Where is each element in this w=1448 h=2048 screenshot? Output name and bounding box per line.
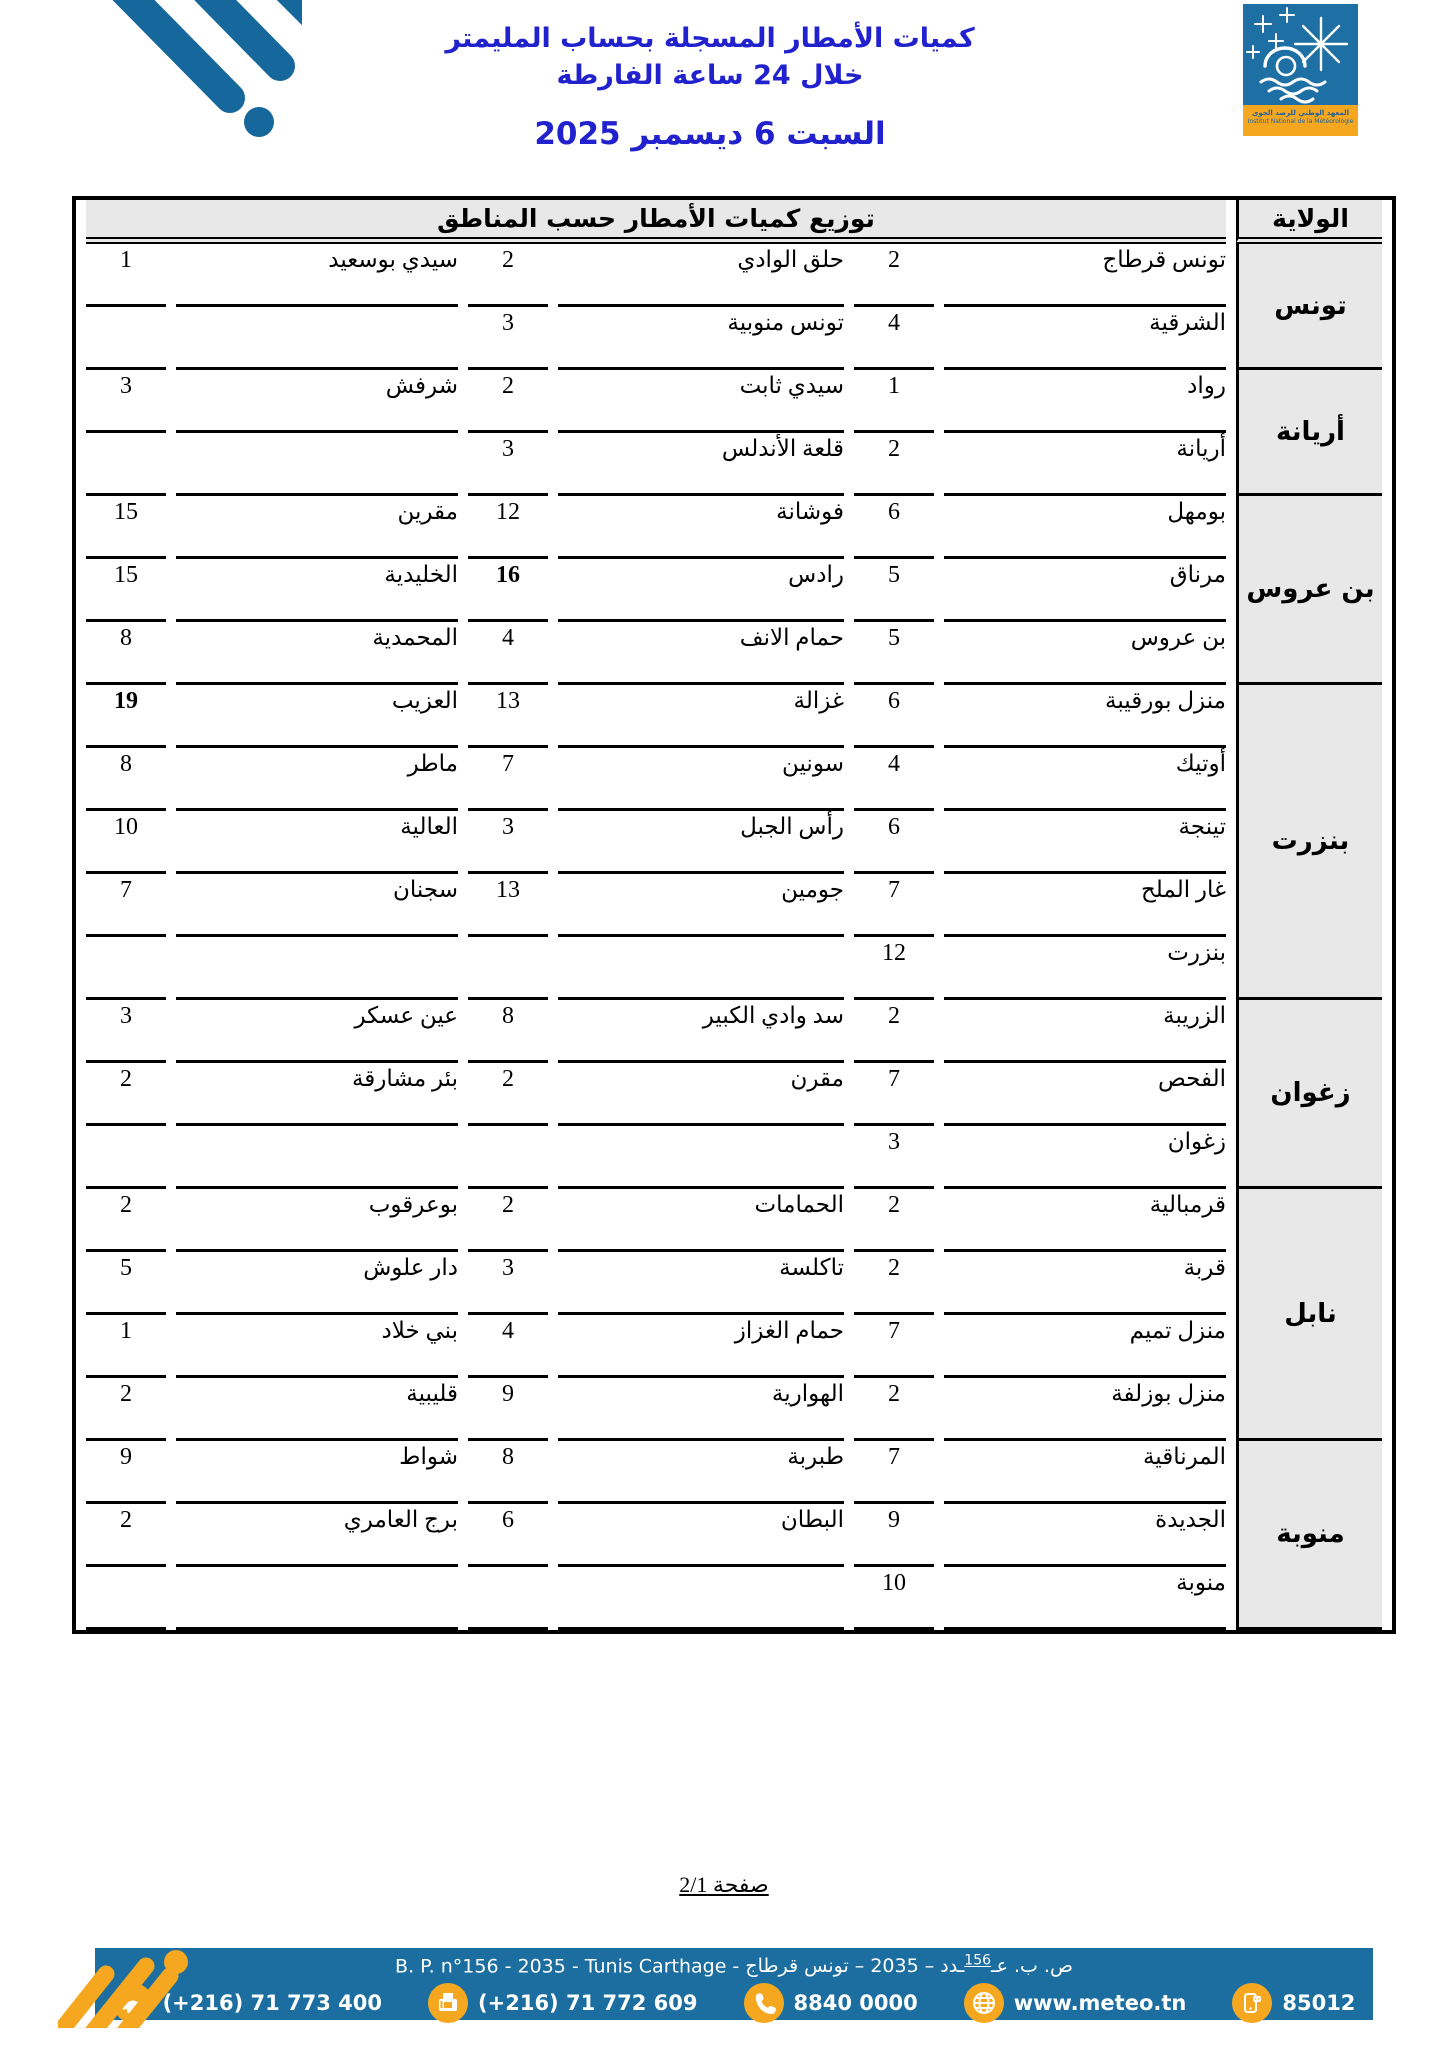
page-number: صفحة 2/1	[0, 1872, 1448, 1898]
rainfall-value: 2	[854, 1378, 934, 1441]
rainfall-table: الولاية توزيع كميات الأمطار حسب المناطق …	[72, 196, 1396, 1634]
station-name: العالية	[176, 811, 458, 874]
rainfall-value: 3	[86, 370, 166, 433]
station-name	[176, 1126, 458, 1189]
rainfall-value	[86, 433, 166, 496]
station-name: غار الملح	[944, 874, 1226, 937]
rainfall-value: 7	[854, 1441, 934, 1504]
rainfall-value: 10	[854, 1567, 934, 1630]
rainfall-value: 7	[468, 748, 548, 811]
inm-diagonal-strokes-logo	[52, 0, 302, 142]
governorate-column-header: الولاية	[1236, 200, 1382, 244]
inm-emblem: المعهد الوطني للرصد الجوي Institut Natio…	[1243, 4, 1358, 136]
footer-address-ar-suffix: ـدد – 2035 – تونس قرطاج	[745, 1955, 964, 1977]
rainfall-value: 2	[468, 370, 548, 433]
contact-item: 85012	[1232, 1983, 1355, 2023]
station-name: منزل بوزلفة	[944, 1378, 1226, 1441]
rainfall-value: 2	[86, 1504, 166, 1567]
rainfall-value: 5	[854, 622, 934, 685]
handset-icon	[744, 1983, 784, 2023]
rainfall-value: 9	[86, 1441, 166, 1504]
station-name	[176, 307, 458, 370]
station-name	[176, 937, 458, 1000]
rainfall-value: 12	[854, 937, 934, 1000]
station-name: قلعة الأندلس	[558, 433, 844, 496]
governorate-cell: تونس	[1236, 244, 1382, 370]
station-name: المرناقية	[944, 1441, 1226, 1504]
rainfall-value: 3	[86, 1000, 166, 1063]
rainfall-value: 13	[468, 685, 548, 748]
station-name	[176, 433, 458, 496]
rainfall-value: 2	[854, 1252, 934, 1315]
contact-value: www.meteo.tn	[1014, 1991, 1187, 2015]
table-row: الفحص7مقرن2بئر مشارقة2	[86, 1063, 1382, 1126]
station-name: رادس	[558, 559, 844, 622]
rainfall-value: 12	[468, 496, 548, 559]
rainfall-value: 5	[854, 559, 934, 622]
table-row: أوتيك4سونين7ماطر8	[86, 748, 1382, 811]
station-name: حمام الانف	[558, 622, 844, 685]
rainfall-value	[468, 1126, 548, 1189]
station-name	[558, 937, 844, 1000]
report-title-line1: كميات الأمطار المسجلة بحساب المليمتر	[420, 20, 1000, 57]
footer-diagonal-strokes-logo	[58, 1928, 228, 2028]
contact-item: 8840 0000	[744, 1983, 918, 2023]
contact-item: www.meteo.tn	[964, 1983, 1187, 2023]
rainfall-value: 2	[854, 1189, 934, 1252]
mobile-icon	[1232, 1983, 1272, 2023]
station-name: بوعرقوب	[176, 1189, 458, 1252]
rainfall-value: 1	[854, 370, 934, 433]
table-row: الجديدة9البطان6برج العامري2	[86, 1504, 1382, 1567]
station-name: قرمبالية	[944, 1189, 1226, 1252]
station-name: مقرن	[558, 1063, 844, 1126]
rainfall-value: 1	[86, 1315, 166, 1378]
station-name: الجديدة	[944, 1504, 1226, 1567]
governorate-cell: زغوان	[1236, 1000, 1382, 1189]
station-name: مرناق	[944, 559, 1226, 622]
rainfall-value	[86, 937, 166, 1000]
station-name: ماطر	[176, 748, 458, 811]
table-row: أريانة2قلعة الأندلس3	[86, 433, 1382, 496]
station-name: غزالة	[558, 685, 844, 748]
table-row: زغوانالزريبة2سد وادي الكبير8عين عسكر3	[86, 1000, 1382, 1063]
report-title-line2: خلال 24 ساعة الفارطة	[420, 57, 1000, 94]
station-name: سجنان	[176, 874, 458, 937]
rainfall-value: 6	[854, 496, 934, 559]
station-name	[176, 1567, 458, 1630]
station-name: سيدي ثابت	[558, 370, 844, 433]
logo-dot	[244, 107, 274, 137]
rainfall-value: 2	[854, 433, 934, 496]
station-name: بني خلاد	[176, 1315, 458, 1378]
table-row: بن عروس5حمام الانف4المحمدية8	[86, 622, 1382, 685]
contact-value: 8840 0000	[794, 1991, 918, 2015]
station-name: قربة	[944, 1252, 1226, 1315]
rainfall-value: 4	[468, 1315, 548, 1378]
station-name: جومين	[558, 874, 844, 937]
rainfall-value: 3	[854, 1126, 934, 1189]
table-row: قربة2تاكلسة3دار علوش5	[86, 1252, 1382, 1315]
station-name: شواط	[176, 1441, 458, 1504]
footer-address: B. P. n°156 - 2035 - Tunis Carthage - ص.…	[95, 1953, 1373, 1977]
fax-icon	[428, 1983, 468, 2023]
station-name: قليبية	[176, 1378, 458, 1441]
governorate-cell: بنزرت	[1236, 685, 1382, 1000]
rainfall-value	[86, 307, 166, 370]
rainfall-value: 13	[468, 874, 548, 937]
station-name: حمام الغزاز	[558, 1315, 844, 1378]
station-name: منزل بورقيبة	[944, 685, 1226, 748]
station-name: شرفش	[176, 370, 458, 433]
rainfall-value: 7	[854, 1315, 934, 1378]
inm-emblem-art	[1243, 4, 1358, 105]
table-row: نابلقرمبالية2الحمامات2بوعرقوب2	[86, 1189, 1382, 1252]
station-name: أوتيك	[944, 748, 1226, 811]
station-name: طبربة	[558, 1441, 844, 1504]
rainfall-value	[86, 1567, 166, 1630]
station-name: رأس الجبل	[558, 811, 844, 874]
station-name: الحمامات	[558, 1189, 844, 1252]
station-name: رواد	[944, 370, 1226, 433]
footer-address-po-number: 156	[964, 1953, 991, 1969]
station-name: المحمدية	[176, 622, 458, 685]
station-name: تاكلسة	[558, 1252, 844, 1315]
rainfall-value: 4	[854, 307, 934, 370]
rainfall-value: 8	[468, 1441, 548, 1504]
governorate-cell: نابل	[1236, 1189, 1382, 1441]
rainfall-value: 9	[468, 1378, 548, 1441]
rainfall-value: 19	[86, 685, 166, 748]
station-name: الخليدية	[176, 559, 458, 622]
station-name: بومهل	[944, 496, 1226, 559]
rainfall-value: 6	[854, 811, 934, 874]
table-row: تونستونس قرطاج2حلق الوادي2سيدي بوسعيد1	[86, 244, 1382, 307]
station-name: تينجة	[944, 811, 1226, 874]
rainfall-value	[86, 1126, 166, 1189]
station-name: العزيب	[176, 685, 458, 748]
station-name: برج العامري	[176, 1504, 458, 1567]
rainfall-value: 6	[468, 1504, 548, 1567]
contact-value: 85012	[1282, 1991, 1355, 2015]
table-row: تينجة6رأس الجبل3العالية10	[86, 811, 1382, 874]
table-row: زغوان3	[86, 1126, 1382, 1189]
rainfall-value: 7	[854, 1063, 934, 1126]
table-row: أريانةرواد1سيدي ثابت2شرفش3	[86, 370, 1382, 433]
globe-icon	[964, 1983, 1004, 2023]
rainfall-value: 10	[86, 811, 166, 874]
rainfall-report-page: { "header": { "title_line1": "كميات الأم…	[0, 0, 1448, 2048]
rainfall-value: 4	[854, 748, 934, 811]
station-name: تونس قرطاج	[944, 244, 1226, 307]
station-name: منزل تميم	[944, 1315, 1226, 1378]
rainfall-value: 8	[86, 622, 166, 685]
station-name: سونين	[558, 748, 844, 811]
inm-name-arabic: المعهد الوطني للرصد الجوي	[1243, 109, 1358, 118]
station-name: البطان	[558, 1504, 844, 1567]
rainfall-value: 2	[86, 1378, 166, 1441]
station-name: الشرقية	[944, 307, 1226, 370]
footer-address-en: B. P. n°156 - 2035 - Tunis Carthage -	[395, 1955, 745, 1977]
table-row: منزل تميم7حمام الغزاز4بني خلاد1	[86, 1315, 1382, 1378]
rainfall-value: 6	[854, 685, 934, 748]
contact-value: (+216) 71 772 609	[478, 1991, 697, 2015]
rainfall-value: 16	[468, 559, 548, 622]
station-name: بنزرت	[944, 937, 1226, 1000]
rainfall-value: 1	[86, 244, 166, 307]
station-name: منوبة	[944, 1567, 1226, 1630]
rainfall-table-container: الولاية توزيع كميات الأمطار حسب المناطق …	[72, 196, 1396, 1634]
governorate-cell: بن عروس	[1236, 496, 1382, 685]
snowflake-weather-art	[1243, 4, 1358, 105]
regions-distribution-header: توزيع كميات الأمطار حسب المناطق	[86, 200, 1226, 244]
rainfall-value: 5	[86, 1252, 166, 1315]
rainfall-value	[468, 1567, 548, 1630]
rainfall-value: 15	[86, 496, 166, 559]
station-name: دار علوش	[176, 1252, 458, 1315]
station-name: الفحص	[944, 1063, 1226, 1126]
rainfall-value: 2	[86, 1189, 166, 1252]
rainfall-value	[468, 937, 548, 1000]
rainfall-value: 9	[854, 1504, 934, 1567]
rainfall-value: 2	[468, 244, 548, 307]
governorate-cell: منوبة	[1236, 1441, 1382, 1630]
station-name: سد وادي الكبير	[558, 1000, 844, 1063]
table-header-row: الولاية توزيع كميات الأمطار حسب المناطق	[86, 200, 1382, 244]
rainfall-value: 2	[854, 1000, 934, 1063]
governorate-cell: أريانة	[1236, 370, 1382, 496]
table-row: منوبةالمرناقية7طبربة8شواط9	[86, 1441, 1382, 1504]
table-row: بنزرت12	[86, 937, 1382, 1000]
rainfall-value: 4	[468, 622, 548, 685]
rainfall-value: 2	[468, 1189, 548, 1252]
table-row: بن عروسبومهل6فوشانة12مقرين15	[86, 496, 1382, 559]
report-header: كميات الأمطار المسجلة بحساب المليمتر خلا…	[420, 20, 1000, 152]
inm-name-french: Institut National de la Météorologie	[1243, 118, 1358, 126]
station-name: زغوان	[944, 1126, 1226, 1189]
station-name: بن عروس	[944, 622, 1226, 685]
table-row: غار الملح7جومين13سجنان7	[86, 874, 1382, 937]
rainfall-value: 2	[86, 1063, 166, 1126]
station-name: عين عسكر	[176, 1000, 458, 1063]
table-row: منوبة10	[86, 1567, 1382, 1630]
rainfall-value: 3	[468, 1252, 548, 1315]
station-name	[558, 1126, 844, 1189]
station-name: الزريبة	[944, 1000, 1226, 1063]
rainfall-value: 7	[854, 874, 934, 937]
report-date: السبت 6 ديسمبر 2025	[420, 116, 1000, 152]
station-name: حلق الوادي	[558, 244, 844, 307]
footer-address-ar-prefix: ص. ب. عـ	[991, 1955, 1073, 1977]
rainfall-value: 8	[468, 1000, 548, 1063]
station-name: الهوارية	[558, 1378, 844, 1441]
contact-item: (+216) 71 772 609	[428, 1983, 697, 2023]
rainfall-value: 7	[86, 874, 166, 937]
rainfall-value: 15	[86, 559, 166, 622]
rainfall-value: 8	[86, 748, 166, 811]
table-row: بنزرتمنزل بورقيبة6غزالة13العزيب19	[86, 685, 1382, 748]
rainfall-value: 2	[854, 244, 934, 307]
rainfall-value: 3	[468, 433, 548, 496]
table-row: الشرقية4تونس منوبية3	[86, 307, 1382, 370]
station-name: مقرين	[176, 496, 458, 559]
station-name: فوشانة	[558, 496, 844, 559]
rainfall-value: 3	[468, 307, 548, 370]
rainfall-value: 3	[468, 811, 548, 874]
rainfall-value: 2	[468, 1063, 548, 1126]
table-row: منزل بوزلفة2الهوارية9قليبية2	[86, 1378, 1382, 1441]
station-name: سيدي بوسعيد	[176, 244, 458, 307]
table-row: مرناق5رادس16الخليدية15	[86, 559, 1382, 622]
footer-contact-bar: B. P. n°156 - 2035 - Tunis Carthage - ص.…	[95, 1948, 1373, 2020]
station-name	[558, 1567, 844, 1630]
station-name: بئر مشارقة	[176, 1063, 458, 1126]
footer-contacts: (+216) 71 773 400(+216) 71 772 6098840 0…	[95, 1983, 1373, 2023]
station-name: أريانة	[944, 433, 1226, 496]
station-name: تونس منوبية	[558, 307, 844, 370]
